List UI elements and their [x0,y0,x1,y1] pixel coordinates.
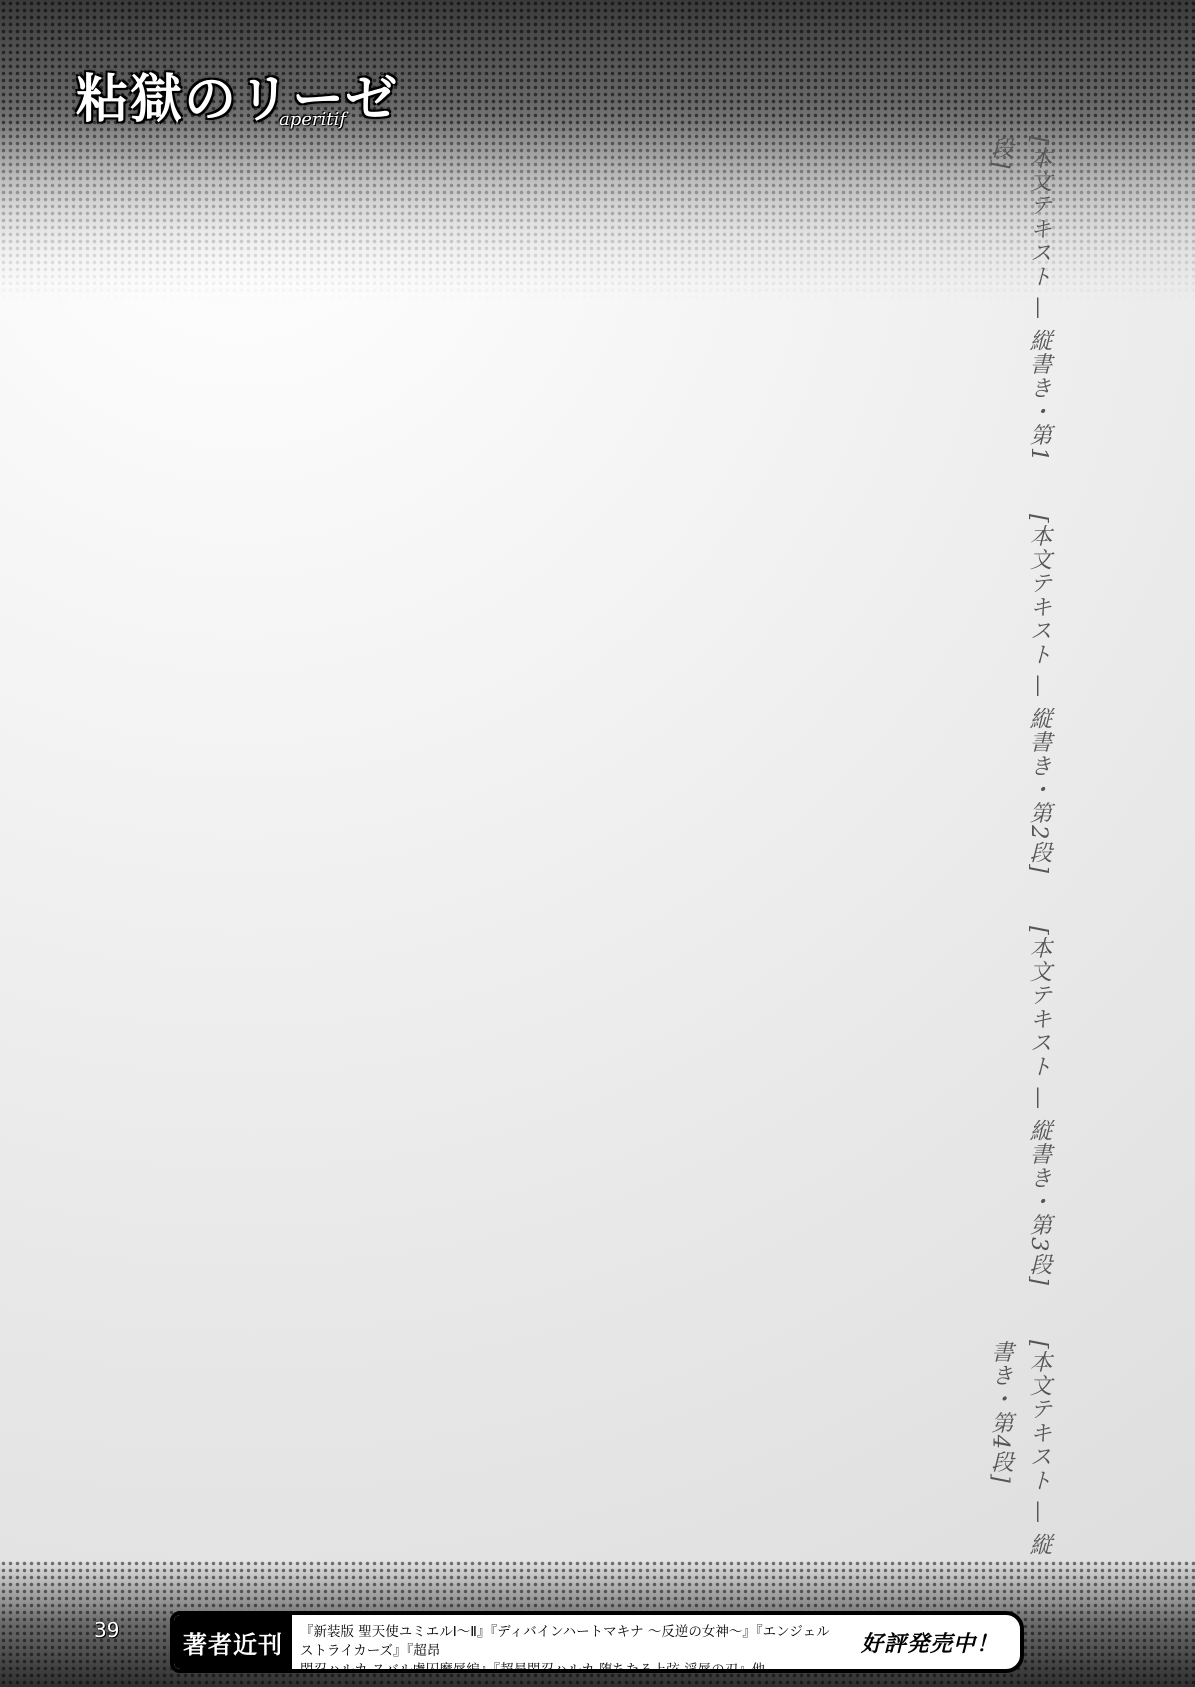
body-paragraph: [本文テキスト — 縦書き・第2段] [1020,514,1059,914]
author-recent-works-banner: 著者近刊 『新装版 聖天使ユミエルⅠ～Ⅱ』『ディバインハートマキナ ～反逆の女神… [170,1611,1024,1673]
body-text-block-4: [本文テキスト — 縦書き・第4段] [78,1340,1058,1576]
page-number: 39 [94,1618,119,1642]
recent-works-line-2: 閃忍ハルカ スバル虜囚魔辱編』『超昂閃忍ハルカ 堕ちたる上弦 淫辱の刃』他 [300,1661,834,1673]
body-text-block-1: [本文テキスト — 縦書き・第1段] [78,136,1058,492]
body-paragraph: [本文テキスト — 縦書き・第4段] [981,1340,1058,1576]
recent-works-line-1: 『新装版 聖天使ユミエルⅠ～Ⅱ』『ディバインハートマキナ ～反逆の女神～』『エン… [300,1623,834,1661]
recent-works-list: 『新装版 聖天使ユミエルⅠ～Ⅱ』『ディバインハートマキナ ～反逆の女神～』『エン… [292,1615,840,1669]
body-text-block-3: [本文テキスト — 縦書き・第3段] [78,926,1058,1316]
recent-works-label: 著者近刊 [174,1615,292,1669]
body-paragraph: [本文テキスト — 縦書き・第1段] [981,136,1058,492]
page-header: 粘獄のリーゼ aperitif [76,52,346,132]
page-subtitle: aperitif [279,109,346,130]
page-title: 粘獄のリーゼ [76,57,399,132]
on-sale-now-callout: 好評発売中！ [840,1615,1020,1669]
body-paragraph: [本文テキスト — 縦書き・第3段] [1020,926,1059,1316]
body-text-block-2: [本文テキスト — 縦書き・第2段] [78,514,1058,914]
